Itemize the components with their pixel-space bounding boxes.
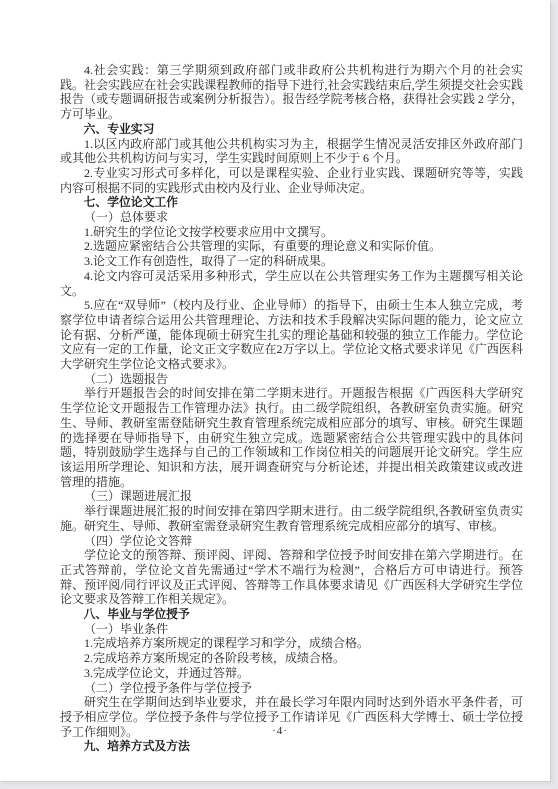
document-body: 4.社会实践：第三学期须到政府部门或非政府公共机构进行为期六个月的社会实践。社会… — [60, 63, 523, 754]
paragraph: 3.完成学位论文，并通过答辩。 — [60, 666, 523, 681]
paragraph: 举行课题进展汇报的时间安排在第四学期末进行。由二级学院组织,各教研室负责实施。研… — [60, 504, 523, 533]
section-heading: 九、培养方式及方法 — [60, 739, 523, 754]
paragraph: 3.论文工作有创造性，取得了一定的科研成果。 — [60, 254, 523, 269]
sub-heading: （二）学位授予条件与学位授予 — [60, 681, 523, 696]
paragraph: 5.应在“双导师”（校内及行业、企业导师）的指导下，由硕士生本人独立完成，考察学… — [60, 298, 523, 372]
paragraph: 2.完成培养方案所规定的各阶段考核，成绩合格。 — [60, 651, 523, 666]
section-heading: 七、学位论文工作 — [60, 195, 523, 210]
paragraph: 举行开题报告会的时间安排在第二学期末进行。开题报告根据《广西医科大学研究生学位论… — [60, 386, 523, 489]
sub-heading: （二）选题报告 — [60, 372, 523, 387]
document-page: 4.社会实践：第三学期须到政府部门或非政府公共机构进行为期六个月的社会实践。社会… — [0, 0, 550, 781]
paragraph: 2.选题应紧密结合公共管理的实际，有重要的理论意义和实际价值。 — [60, 239, 523, 254]
paragraph: 4.社会实践：第三学期须到政府部门或非政府公共机构进行为期六个月的社会实践。社会… — [60, 63, 523, 122]
paragraph: 1.研究生的学位论文按学校要求应用中文撰写。 — [60, 225, 523, 240]
paragraph: 1.完成培养方案所规定的课程学习和学分，成绩合格。 — [60, 636, 523, 651]
paragraph: 1.以区内政府部门或其他公共机构实习为主，根据学生情况灵活安排区外政府部门或其他… — [60, 137, 523, 166]
section-heading: 六、专业实习 — [60, 122, 523, 137]
sub-heading: （四）学位论文答辩 — [60, 534, 523, 549]
sub-heading: （一）毕业条件 — [60, 622, 523, 637]
sub-heading: （一）总体要求 — [60, 210, 523, 225]
paragraph: 2.专业实习形式可多样化，可以是课程实验、企业行业实践、课题研究等等，实践内容可… — [60, 166, 523, 195]
paragraph: 4.论文内容可灵活采用多种形式，学生应以在公共管理实务工作为主题撰写相关论文。 — [60, 269, 523, 298]
paragraph: 学位论文的预答辩、预评阅、评阅、答辩和学位授予时间安排在第六学期进行。在正式答辩… — [60, 548, 523, 607]
page-number: ·4· — [60, 725, 500, 737]
section-heading: 八、毕业与学位授予 — [60, 607, 523, 622]
sub-heading: （三）课题进展汇报 — [60, 489, 523, 504]
